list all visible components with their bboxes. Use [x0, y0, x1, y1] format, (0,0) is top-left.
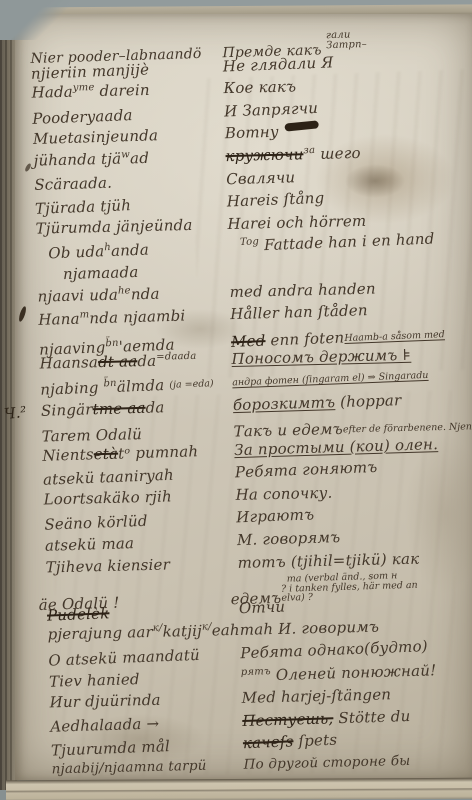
handwritten-text: Кое какъ — [223, 78, 296, 98]
line-left-word: Seäno körlüd — [44, 509, 237, 534]
handwritten-text: Pooderyaada — [32, 106, 133, 128]
handwritten-text: (ja =eda) — [169, 379, 214, 390]
handwritten-text: Stötte du — [333, 707, 411, 727]
handwritten-text: tᵒ pumnah — [118, 442, 199, 462]
margin-mark: Ч.² — [3, 403, 27, 423]
handwritten-text: борозкимтъ — [233, 393, 336, 414]
line-left-word: jühanda tjäwad — [33, 147, 225, 170]
handwritten-text: Tjürada tjüh — [35, 196, 132, 218]
handwritten-text: Med — [231, 331, 266, 350]
handwritten-text: (hoppar — [335, 391, 402, 411]
handwritten-text: pjerajung aar — [47, 623, 153, 643]
handwritten-text: älmda — [117, 376, 170, 396]
handwritten-text: età — [93, 444, 118, 463]
handwritten-text: katjij — [162, 622, 202, 641]
handwritten-text: На сопочку. — [235, 484, 332, 504]
handwritten-text: b̈n — [103, 379, 117, 390]
handwritten-text: Scäraada. — [34, 173, 112, 193]
handwritten-text: Hada — [31, 83, 73, 102]
handwritten-text: da — [137, 352, 156, 370]
handwritten-text: Nients — [42, 445, 94, 465]
handwritten-text: da — [145, 398, 164, 417]
handwritten-text: njieriin manjijè — [31, 60, 150, 83]
handwritten-text: efter de förarbenene. Njenzien, jag — [343, 411, 472, 434]
handwritten-text: njaavi uda — [37, 285, 118, 305]
handwritten-text: к/ — [153, 624, 163, 634]
handwritten-text: Pudelèk — [47, 604, 110, 624]
line-left-word: Haansadt aada=daada — [39, 350, 231, 373]
handwritten-text: (ſingaram el) ⇒ Singaradu — [299, 371, 429, 385]
handwritten-text: =daada — [156, 352, 197, 363]
line-right-translation — [255, 267, 472, 274]
handwritten-text: к/ — [202, 623, 212, 633]
handwritten-text: Иur djuürinda — [49, 691, 160, 712]
line-left-word: O atsekü maandatü — [48, 644, 241, 669]
corner-shadow — [0, 0, 70, 40]
handwritten-text: yme — [73, 83, 95, 94]
handwritten-text: Ob uda — [48, 243, 105, 263]
manuscript-lines: Nier pooder–labnaandöПремде какъ гали За… — [30, 27, 472, 790]
handwritten-text: шего — [315, 144, 361, 163]
handwritten-text: Tjürumda jänjeünda — [35, 216, 192, 238]
line-left-word: njaavi udahenda — [37, 283, 229, 306]
line-left-word: Pooderyaada — [32, 102, 225, 127]
handwritten-text: гали Затрп– — [326, 30, 367, 51]
handwritten-text: eah — [212, 621, 241, 640]
handwritten-text: Harei och hörrem — [227, 212, 366, 233]
handwritten-text: Tog — [240, 238, 259, 249]
handwritten-text: Такъ и едемъ — [233, 420, 343, 441]
line-left-word: Tjürumda jänjeünda — [35, 215, 227, 238]
handwritten-text: андра фотен — [232, 376, 299, 388]
handwritten-text: nda njaambi — [89, 307, 185, 328]
line-left-word: Hadayme darein — [31, 79, 223, 102]
handwritten-text: mah И. говоримъ — [240, 618, 380, 639]
handwritten-text: По другой стороне бы — [243, 753, 410, 773]
line-left-word: pjerajung aarк/katjijк/eah — [47, 621, 240, 644]
handwritten-text: качеſs — [243, 733, 294, 753]
handwritten-text: m — [79, 310, 89, 320]
handwritten-text: anda — [111, 241, 150, 260]
handwritten-text: И Запрягчи — [224, 99, 319, 121]
line-left-word: njabing b̈nälmda (ja =eda) — [40, 373, 233, 398]
handwritten-text: jühanda tjä — [33, 150, 121, 170]
handwritten-text: Haamb-a såsom med — [344, 320, 445, 343]
handwritten-text: Ребята гоняютъ — [235, 458, 378, 481]
line-left-word: Loortsakäko rjih — [43, 486, 235, 509]
handwritten-text: he — [118, 286, 131, 296]
handwritten-text: med andra handen — [229, 279, 376, 300]
handwritten-text: dt aa — [98, 353, 138, 372]
line-left-word: Иur djuürinda — [49, 689, 241, 712]
handwritten-text: ad — [130, 149, 149, 167]
handwritten-text: nda — [131, 284, 160, 303]
handwritten-text: darein — [94, 81, 150, 100]
handwritten-text: Играютъ — [236, 506, 315, 527]
handwritten-text: тотъ (tjihil=tjikü) как — [237, 549, 419, 571]
handwritten-text: njabing — [40, 378, 104, 398]
handwritten-text: Не глядали Я — [222, 53, 333, 75]
handwritten-text: Свалячи — [226, 168, 296, 188]
handwritten-text: Hana — [38, 310, 80, 329]
handwritten-text: за — [303, 146, 315, 156]
handwritten-text: b̈n — [105, 338, 119, 349]
handwritten-text: Loortsakäko rjih — [43, 487, 172, 508]
handwritten-text: Tjuurumda mål — [51, 737, 171, 760]
handwritten-text: Seäno körlüd — [44, 512, 148, 534]
handwritten-text: Tjiheva kiensier — [45, 555, 170, 576]
handwritten-text: М. говорямъ — [237, 528, 341, 549]
line-left-word: Aedhalaada → — [50, 712, 242, 736]
handwritten-text: Hareis ſtång — [227, 189, 325, 211]
handwritten-text: ſpets — [293, 731, 337, 751]
handwritten-text: njaabij/njaamna tarpü — [51, 758, 206, 778]
handwritten-text: atsekü taaniryah — [43, 466, 174, 489]
line-left-word: Tjiheva kiensier — [45, 554, 237, 577]
handwritten-text: Отчи — [239, 597, 286, 617]
handwritten-text: Med harjej-ſtängen — [241, 686, 391, 708]
handwritten-text: Поносомъ держимъ ⊧ — [231, 346, 411, 368]
handwritten-text: O atsekü maandatü — [48, 646, 200, 670]
handwritten-text: Пестуешь, — [242, 709, 334, 730]
handwritten-text: кружючи — [225, 145, 303, 165]
handwritten-text: Haansa — [39, 353, 98, 372]
handwritten-text: Вотну — [225, 123, 279, 143]
handwritten-text — [284, 121, 319, 132]
handwritten-text: рятъ — [241, 667, 271, 678]
handwritten-text: tme aa — [92, 398, 145, 418]
page-stack-edges — [6, 778, 472, 800]
handwritten-text: enn foten — [265, 328, 345, 349]
handwritten-text: Aedhalaada → — [50, 714, 159, 735]
line-left-word: njaabij/njaamna tarpü — [51, 757, 243, 778]
handwritten-text: Tarem Odalü — [42, 425, 143, 445]
